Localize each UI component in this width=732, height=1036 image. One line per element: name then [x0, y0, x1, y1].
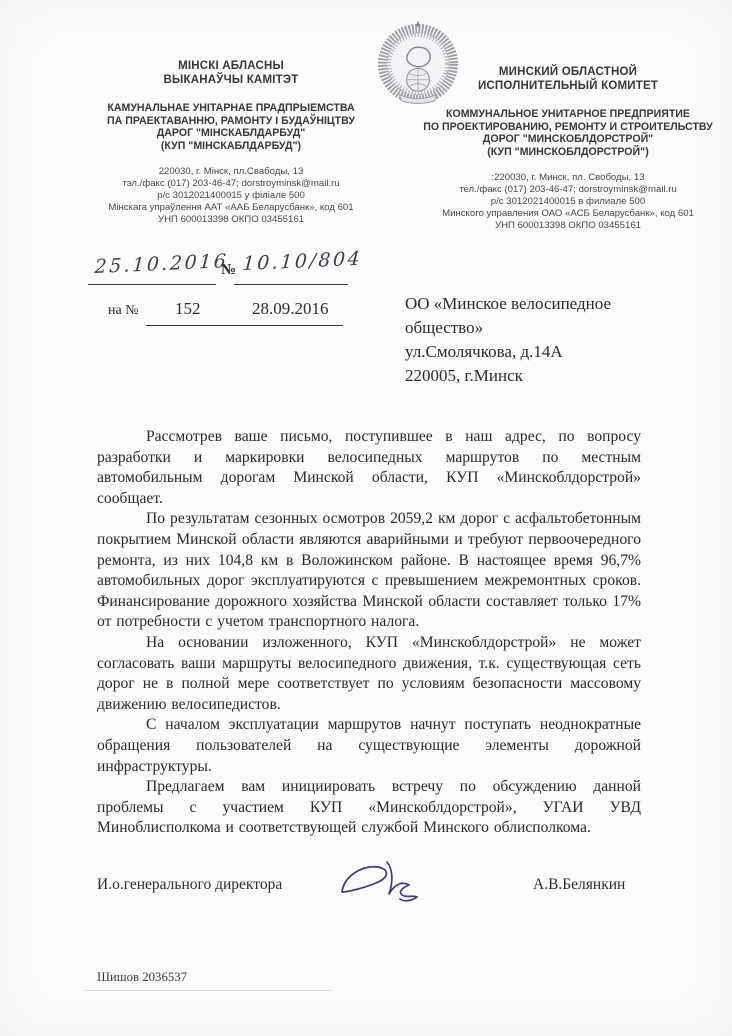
- company-line: ПО ПРОЕКТИРОВАНИЮ, РЕМОНТУ И СТРОИТЕЛЬСТ…: [416, 121, 720, 134]
- recipient-block: ОО «Минское велосипедное общество» ул.См…: [405, 292, 680, 388]
- org-committee-name-by: МІНСКІ АБЛАСНЫ ВЫКАНАЎЧЫ КАМІТЭТ: [84, 60, 378, 87]
- handwritten-outgoing-number: 10.10/804: [242, 248, 363, 275]
- org-company-name-ru: КОММУНАЛЬНОЕ УНИТАРНОЕ ПРЕДПРИЯТИЕ ПО ПР…: [416, 108, 720, 158]
- company-line: ПА ПРАЕКТАВАННЮ, РАМОНТУ І БУДАЎНІЦТВУ: [84, 115, 378, 128]
- letterhead-left-column: МІНСКІ АБЛАСНЫ ВЫКАНАЎЧЫ КАМІТЭТ КАМУНАЛ…: [84, 60, 378, 225]
- body-paragraph: Предлагаем вам инициировать встречу по о…: [97, 777, 641, 839]
- reply-date: 28.09.2016: [252, 299, 329, 319]
- address-line: Мінскага упраўлення ААТ «ААБ Беларусбанк…: [84, 202, 378, 214]
- number-sign: №: [221, 262, 236, 279]
- signatory-name: А.В.Белянкин: [533, 876, 625, 894]
- company-line: (КУП "МІНСКАБЛДАРБУД"): [84, 140, 378, 153]
- executor-line: Шишов 2036537: [97, 970, 187, 985]
- org-committee-name-ru: МИНСКИЙ ОБЛАСТНОЙ ИСПОЛНИТЕЛЬНЫЙ КОМИТЕТ: [416, 66, 720, 93]
- recipient-line: ул.Смолячкова, д.14А: [405, 340, 680, 364]
- address-line: тел./факс (017) 203-46-47; dorstroyminsk…: [416, 184, 720, 196]
- company-line: КАМУНАЛЬНАЕ УНІТАРНАЕ ПРАДПРЫЕМСТВА: [84, 102, 378, 115]
- address-line: УНП 600013398 ОКПО 03455161: [416, 220, 720, 232]
- recipient-line: ОО «Минское велосипедное: [405, 292, 680, 316]
- committee-line: МИНСКИЙ ОБЛАСТНОЙ: [416, 66, 720, 80]
- address-line: УНП 600013398 ОКПО 03455161: [84, 214, 378, 226]
- committee-line: МІНСКІ АБЛАСНЫ: [84, 60, 378, 74]
- address-line: :220030, г. Минск, пл. Свободы, 13: [416, 172, 720, 184]
- outgoing-date-underline: [88, 284, 216, 285]
- org-address-by: 220030, г. Мінск, пл.Свабоды, 13 тэл./фа…: [84, 166, 378, 225]
- body-paragraph: На основании изложенного, КУП «Минскоблд…: [97, 633, 641, 715]
- recipient-line: общество»: [405, 316, 680, 340]
- handwritten-signature: [332, 852, 450, 910]
- reply-underline: [146, 325, 343, 326]
- body-paragraph: Рассмотрев ваше письмо, поступившее в на…: [97, 427, 641, 509]
- scanned-letter-page: МІНСКІ АБЛАСНЫ ВЫКАНАЎЧЫ КАМІТЭТ КАМУНАЛ…: [0, 0, 732, 1036]
- address-line: р/с 3012021400015 в филиале 500: [416, 196, 720, 208]
- company-line: КОММУНАЛЬНОЕ УНИТАРНОЕ ПРЕДПРИЯТИЕ: [416, 108, 720, 121]
- address-line: 220030, г. Мінск, пл.Свабоды, 13: [84, 166, 378, 178]
- org-company-name-by: КАМУНАЛЬНАЕ УНІТАРНАЕ ПРАДПРЫЕМСТВА ПА П…: [84, 102, 378, 152]
- handwritten-outgoing-date: 25.10.2016: [94, 250, 229, 278]
- company-line: ДОРОГ "МИНСКОБЛДОРСТРОЙ": [416, 133, 720, 146]
- address-line: тэл./факс (017) 203-46-47; dorstroyminsk…: [84, 178, 378, 190]
- org-address-ru: :220030, г. Минск, пл. Свободы, 13 тел./…: [416, 172, 720, 231]
- company-line: (КУП "МИНСКОБЛДОРСТРОЙ"): [416, 146, 720, 159]
- address-line: Минского управления ОАО «АСБ Беларусбанк…: [416, 208, 720, 220]
- company-line: ДАРОГ "МІНСКАБЛДАРБУД": [84, 127, 378, 140]
- scan-artifact-line: [85, 990, 331, 991]
- reply-to-label: на №: [108, 303, 139, 319]
- signatory-title: И.о.генерального директора: [97, 876, 282, 894]
- letter-body: Рассмотрев ваше письмо, поступившее в на…: [97, 427, 641, 839]
- address-line: р/с 3012021400015 у філіале 500: [84, 190, 378, 202]
- committee-line: ИСПОЛНИТЕЛЬНЫЙ КОМИТЕТ: [416, 80, 720, 94]
- body-paragraph: По результатам сезонных осмотров 2059,2 …: [97, 509, 641, 633]
- letterhead-right-column: МИНСКИЙ ОБЛАСТНОЙ ИСПОЛНИТЕЛЬНЫЙ КОМИТЕТ…: [416, 66, 720, 231]
- reply-number: 152: [175, 299, 201, 319]
- committee-line: ВЫКАНАЎЧЫ КАМІТЭТ: [84, 74, 378, 88]
- body-paragraph: С началом эксплуатации маршрутов начнут …: [97, 715, 641, 777]
- recipient-line: 220005, г.Минск: [405, 364, 680, 388]
- outgoing-number-underline: [234, 284, 348, 285]
